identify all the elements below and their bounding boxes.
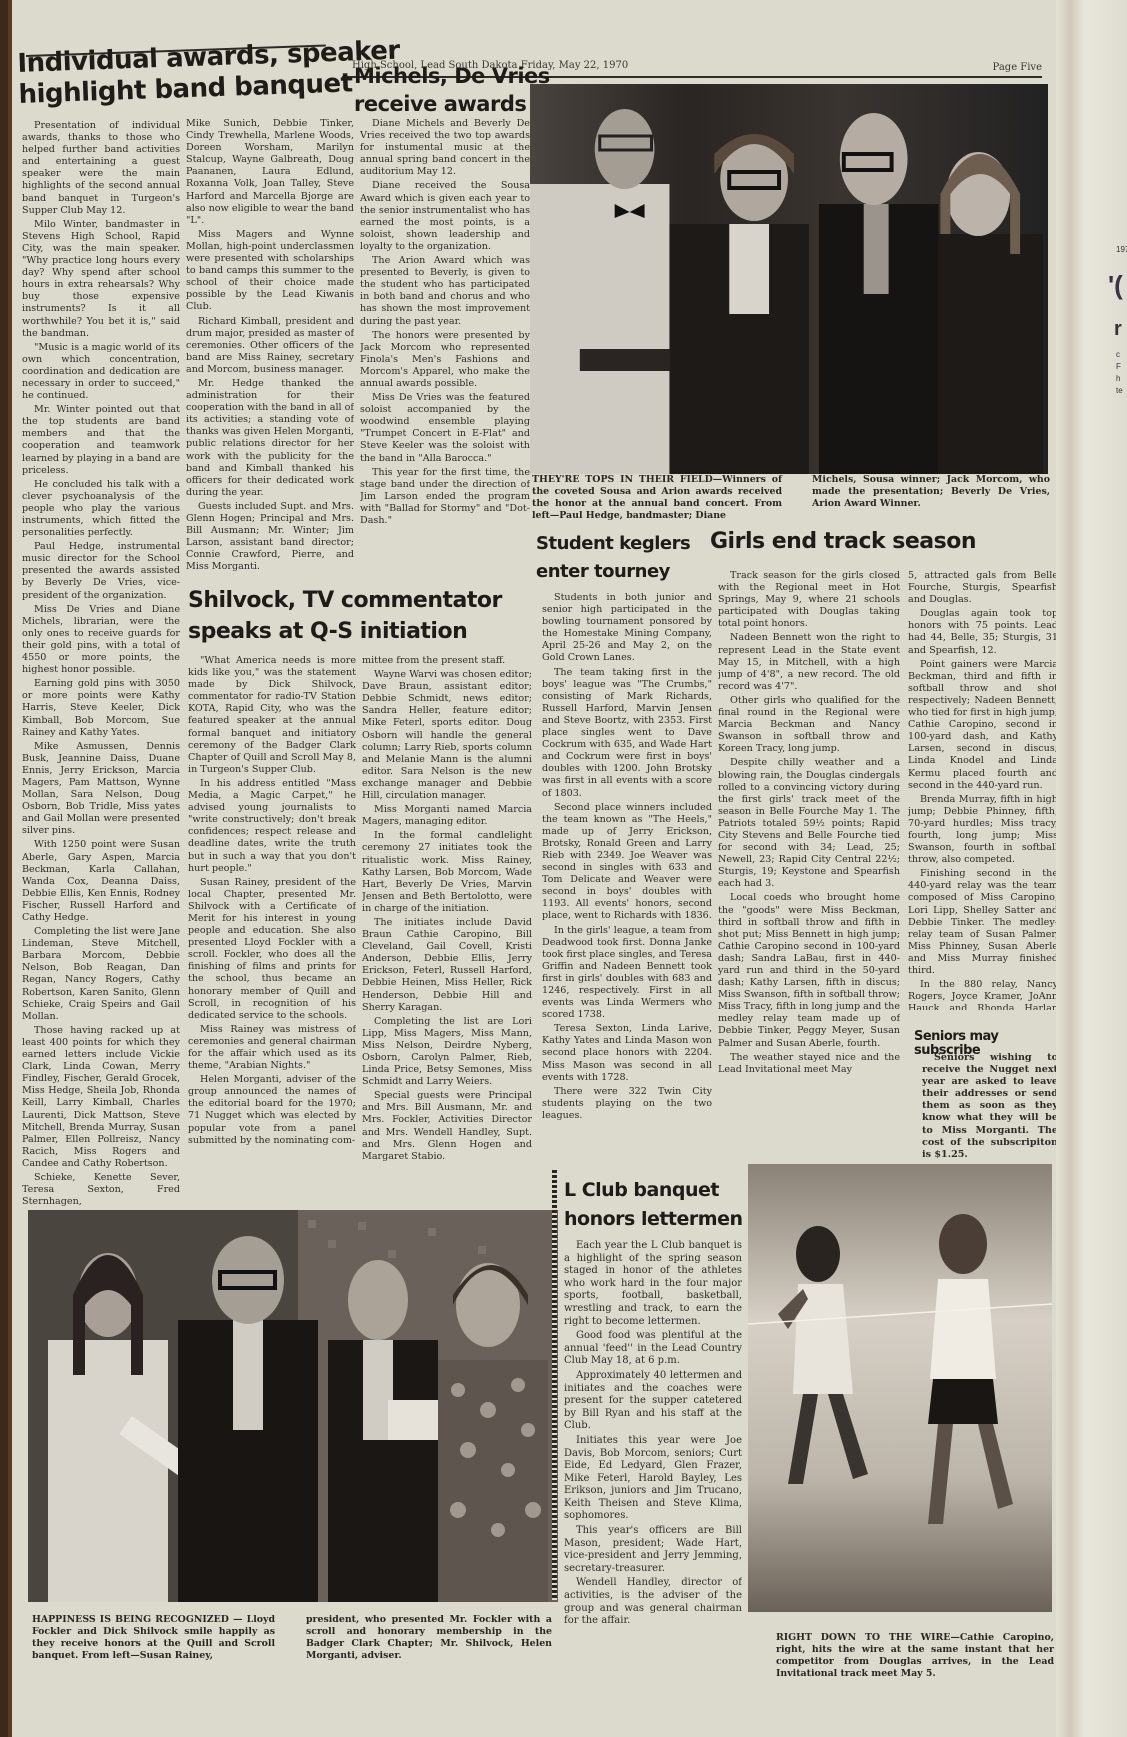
paragraph: Track season for the girls closed with t… xyxy=(718,570,900,630)
paragraph: Richard Kimball, president and drum majo… xyxy=(186,316,354,376)
photo-image xyxy=(530,84,1048,474)
paragraph: Miss Morganti named Marcia Magers, manag… xyxy=(362,804,532,828)
paragraph: Initiates this year were Joe Davis, Bob … xyxy=(564,1435,742,1523)
decorative-border xyxy=(552,1170,557,1600)
paragraph: There were 322 Twin City students playin… xyxy=(542,1086,712,1122)
headline-keglers: Student keglers enter tourney xyxy=(536,530,690,586)
caption-band-photo-a: THEY'RE TOPS IN THEIR FIELD—Winners of t… xyxy=(532,474,782,522)
paragraph: The weather stayed nice and the Lead Inv… xyxy=(718,1052,900,1076)
headline-line: L Club banquet xyxy=(564,1176,742,1205)
adjacent-letter: c xyxy=(1116,350,1120,359)
paragraph: Seniors wishing to receive the Nugget ne… xyxy=(922,1052,1058,1161)
caption-track-photo: RIGHT DOWN TO THE WIRE—Cathie Caropino, … xyxy=(776,1632,1054,1680)
paragraph: Each year the L Club banquet is a highli… xyxy=(564,1240,742,1328)
paragraph: "Music is a magic world of its own which… xyxy=(22,342,180,402)
paragraph: mittee from the present staff. xyxy=(362,655,532,667)
paragraph: Helen Morganti, adviser of the group ann… xyxy=(188,1074,356,1147)
photo-band-award-winners xyxy=(530,84,1048,474)
photo-image xyxy=(28,1210,558,1602)
adjacent-letter: te xyxy=(1116,386,1123,395)
paragraph: Diane Michels and Beverly De Vries recei… xyxy=(360,118,530,178)
adjacent-letter: r xyxy=(1114,318,1122,341)
paragraph: Paul Hedge, instrumental music director … xyxy=(22,541,180,601)
paragraph: Miss De Vries and Diane Michels, librari… xyxy=(22,604,180,677)
paragraph: With 1250 point were Susan Aberle, Gary … xyxy=(22,839,180,924)
paragraph: Point gainers were Marcia Beckman, third… xyxy=(908,659,1058,792)
paragraph: Good food was plentiful at the annual 'f… xyxy=(564,1330,742,1368)
paragraph: He concluded his talk with a clever psyc… xyxy=(22,479,180,539)
article-michels-col: Diane Michels and Beverly De Vries recei… xyxy=(360,118,530,583)
paragraph: Completing the list are Lori Lipp, Miss … xyxy=(362,1016,532,1089)
headline-line: receive awards xyxy=(354,90,550,118)
paragraph: The team taking first in the boys' leagu… xyxy=(542,667,712,800)
headline-band-banquet: Individual awards, speaker highlight ban… xyxy=(17,37,401,109)
article-seniors-body: Seniors wishing to receive the Nugget ne… xyxy=(922,1052,1058,1163)
paragraph: Brenda Murray, fifth in high jump; Debbi… xyxy=(908,794,1058,867)
photo-track-finish xyxy=(748,1164,1052,1612)
adjacent-year: 1970 xyxy=(1116,245,1127,254)
headline-line: Student keglers xyxy=(536,530,690,558)
paragraph: Guests included Supt. and Mrs. Glenn Hog… xyxy=(186,501,354,574)
adjacent-letter: h xyxy=(1116,374,1120,383)
paragraph: Diane received the Sousa Award which is … xyxy=(360,180,530,253)
paragraph: In the formal candlelight ceremony 27 in… xyxy=(362,830,532,915)
caption-text: Michels, Sousa winner; Jack Morcom, who … xyxy=(812,474,1050,509)
adjacent-page-edge: 1970 '( r c F h te xyxy=(1056,0,1127,1737)
paragraph: Wayne Warvi was chosen editor; Dave Brau… xyxy=(362,669,532,802)
article-lclub-col: Each year the L Club banquet is a highli… xyxy=(564,1240,742,1640)
article-shilvock-col-2: mittee from the present staff. Wayne War… xyxy=(362,655,532,1195)
article-keglers-col: Students in both junior and senior high … xyxy=(542,592,712,1162)
paragraph: Douglas again took top honors with 75 po… xyxy=(908,608,1058,656)
paragraph: In the 880 relay, Nancy Rogers, Joyce Kr… xyxy=(908,979,1058,1010)
caption-text: president, who presented Mr. Fockler wit… xyxy=(306,1614,552,1661)
paragraph: Mr. Winter pointed out that the top stud… xyxy=(22,404,180,477)
headline-shilvock: Shilvock, TV commentator speaks at Q-S i… xyxy=(188,586,502,648)
paragraph: Other girls who qualified for the final … xyxy=(718,695,900,755)
adjacent-letter: '( xyxy=(1108,270,1123,301)
paragraph: Special guests were Principal and Mrs. B… xyxy=(362,1090,532,1163)
caption-band-photo-b: Michels, Sousa winner; Jack Morcom, who … xyxy=(812,474,1050,510)
paragraph: Miss De Vries was the featured soloist a… xyxy=(360,392,530,465)
newspaper-page: High School, Lead South Dakota Friday, M… xyxy=(8,0,1056,1737)
headline-line: honors lettermen xyxy=(564,1205,742,1234)
paragraph: Local coeds who brought home the "goods"… xyxy=(718,892,900,1049)
adjacent-letter: F xyxy=(1116,362,1121,371)
headline-line: Shilvock, TV commentator xyxy=(188,586,502,617)
caption-quill-photo-a: HAPPINESS IS BEING RECOGNIZED — Lloyd Fo… xyxy=(32,1614,275,1662)
paragraph: The Arion Award which was presented to B… xyxy=(360,255,530,328)
headline-line: speaks at Q-S initiation xyxy=(188,617,502,648)
paragraph: Miss Rainey was mistress of ceremonies a… xyxy=(188,1024,356,1072)
paragraph: Mike Asmussen, Dennis Busk, Jeannine Dai… xyxy=(22,741,180,838)
paragraph: Earning gold pins with 3050 or more poin… xyxy=(22,678,180,738)
photo-quill-scroll-honorees xyxy=(28,1210,558,1602)
paragraph: Milo Winter, bandmaster in Stevens High … xyxy=(22,219,180,340)
article-track-col-2: 5, attracted gals from Belle Fourche, St… xyxy=(908,570,1058,1010)
paragraph: Those having racked up at least 400 poin… xyxy=(22,1025,180,1170)
paragraph: The honors were presented by Jack Morcom… xyxy=(360,330,530,390)
paragraph: This year's officers are Bill Mason, pre… xyxy=(564,1525,742,1575)
caption-lead: HAPPINESS IS BEING RECOGNIZED xyxy=(32,1614,229,1625)
paragraph: Students in both junior and senior high … xyxy=(542,592,712,665)
headline-line: Michels, De Vries xyxy=(354,62,550,90)
paragraph: Susan Rainey, president of the local Cha… xyxy=(188,877,356,1022)
paragraph: 5, attracted gals from Belle Fourche, St… xyxy=(908,570,1058,606)
paragraph: Miss Magers and Wynne Mollan, high-point… xyxy=(186,229,354,314)
paragraph: Second place winners included the team k… xyxy=(542,802,712,923)
paragraph: Approximately 40 lettermen and initiates… xyxy=(564,1370,742,1433)
paragraph: Nadeen Bennett won the right to represen… xyxy=(718,632,900,692)
paragraph: Schieke, Kenette Sever, Teresa Sexton, F… xyxy=(22,1172,180,1208)
caption-lead: THEY'RE TOPS IN THEIR FIELD xyxy=(532,474,713,485)
paragraph: Wendell Handley, director of activities,… xyxy=(564,1577,742,1627)
article-band-col-1: Presentation of individual awards, thank… xyxy=(22,120,180,1220)
paragraph: Completing the list were Jane Lindeman, … xyxy=(22,926,180,1023)
paragraph: Presentation of individual awards, thank… xyxy=(22,120,180,217)
paragraph: This year for the first time, the stage … xyxy=(360,467,530,527)
article-track-col-1: Track season for the girls closed with t… xyxy=(718,570,900,1165)
headline-lclub: L Club banquet honors lettermen xyxy=(564,1176,742,1233)
caption-lead: RIGHT DOWN TO THE WIRE xyxy=(776,1632,950,1643)
paragraph: In the girls' league, a team from Deadwo… xyxy=(542,925,712,1022)
paragraph: Mike Sunich, Debbie Tinker, Cindy Trewhe… xyxy=(186,118,354,227)
headline-track: Girls end track season xyxy=(710,530,976,554)
caption-quill-photo-b: president, who presented Mr. Fockler wit… xyxy=(306,1614,552,1662)
headline-line: enter tourney xyxy=(536,558,690,586)
paragraph: The initiates include David Braun Cathie… xyxy=(362,917,532,1014)
headline-line: Girls end track season xyxy=(710,529,976,554)
paragraph: Despite chilly weather and a blowing rai… xyxy=(718,757,900,890)
paragraph: Finishing second in the 440-yard relay w… xyxy=(908,868,1058,977)
article-shilvock-col-1: "What America needs is more kids like yo… xyxy=(188,655,356,1195)
page-number: Page Five xyxy=(993,62,1042,73)
paragraph: In his address entitled "Mass Media, a M… xyxy=(188,778,356,875)
article-band-col-2: Mike Sunich, Debbie Tinker, Cindy Trewhe… xyxy=(186,118,354,583)
paragraph: Mr. Hedge thanked the administration for… xyxy=(186,378,354,499)
paragraph: "What America needs is more kids like yo… xyxy=(188,655,356,776)
photo-image xyxy=(748,1164,1052,1612)
headline-michels: Michels, De Vries receive awards xyxy=(354,62,550,119)
paragraph: Teresa Sexton, Linda Larive, Kathy Yates… xyxy=(542,1023,712,1083)
